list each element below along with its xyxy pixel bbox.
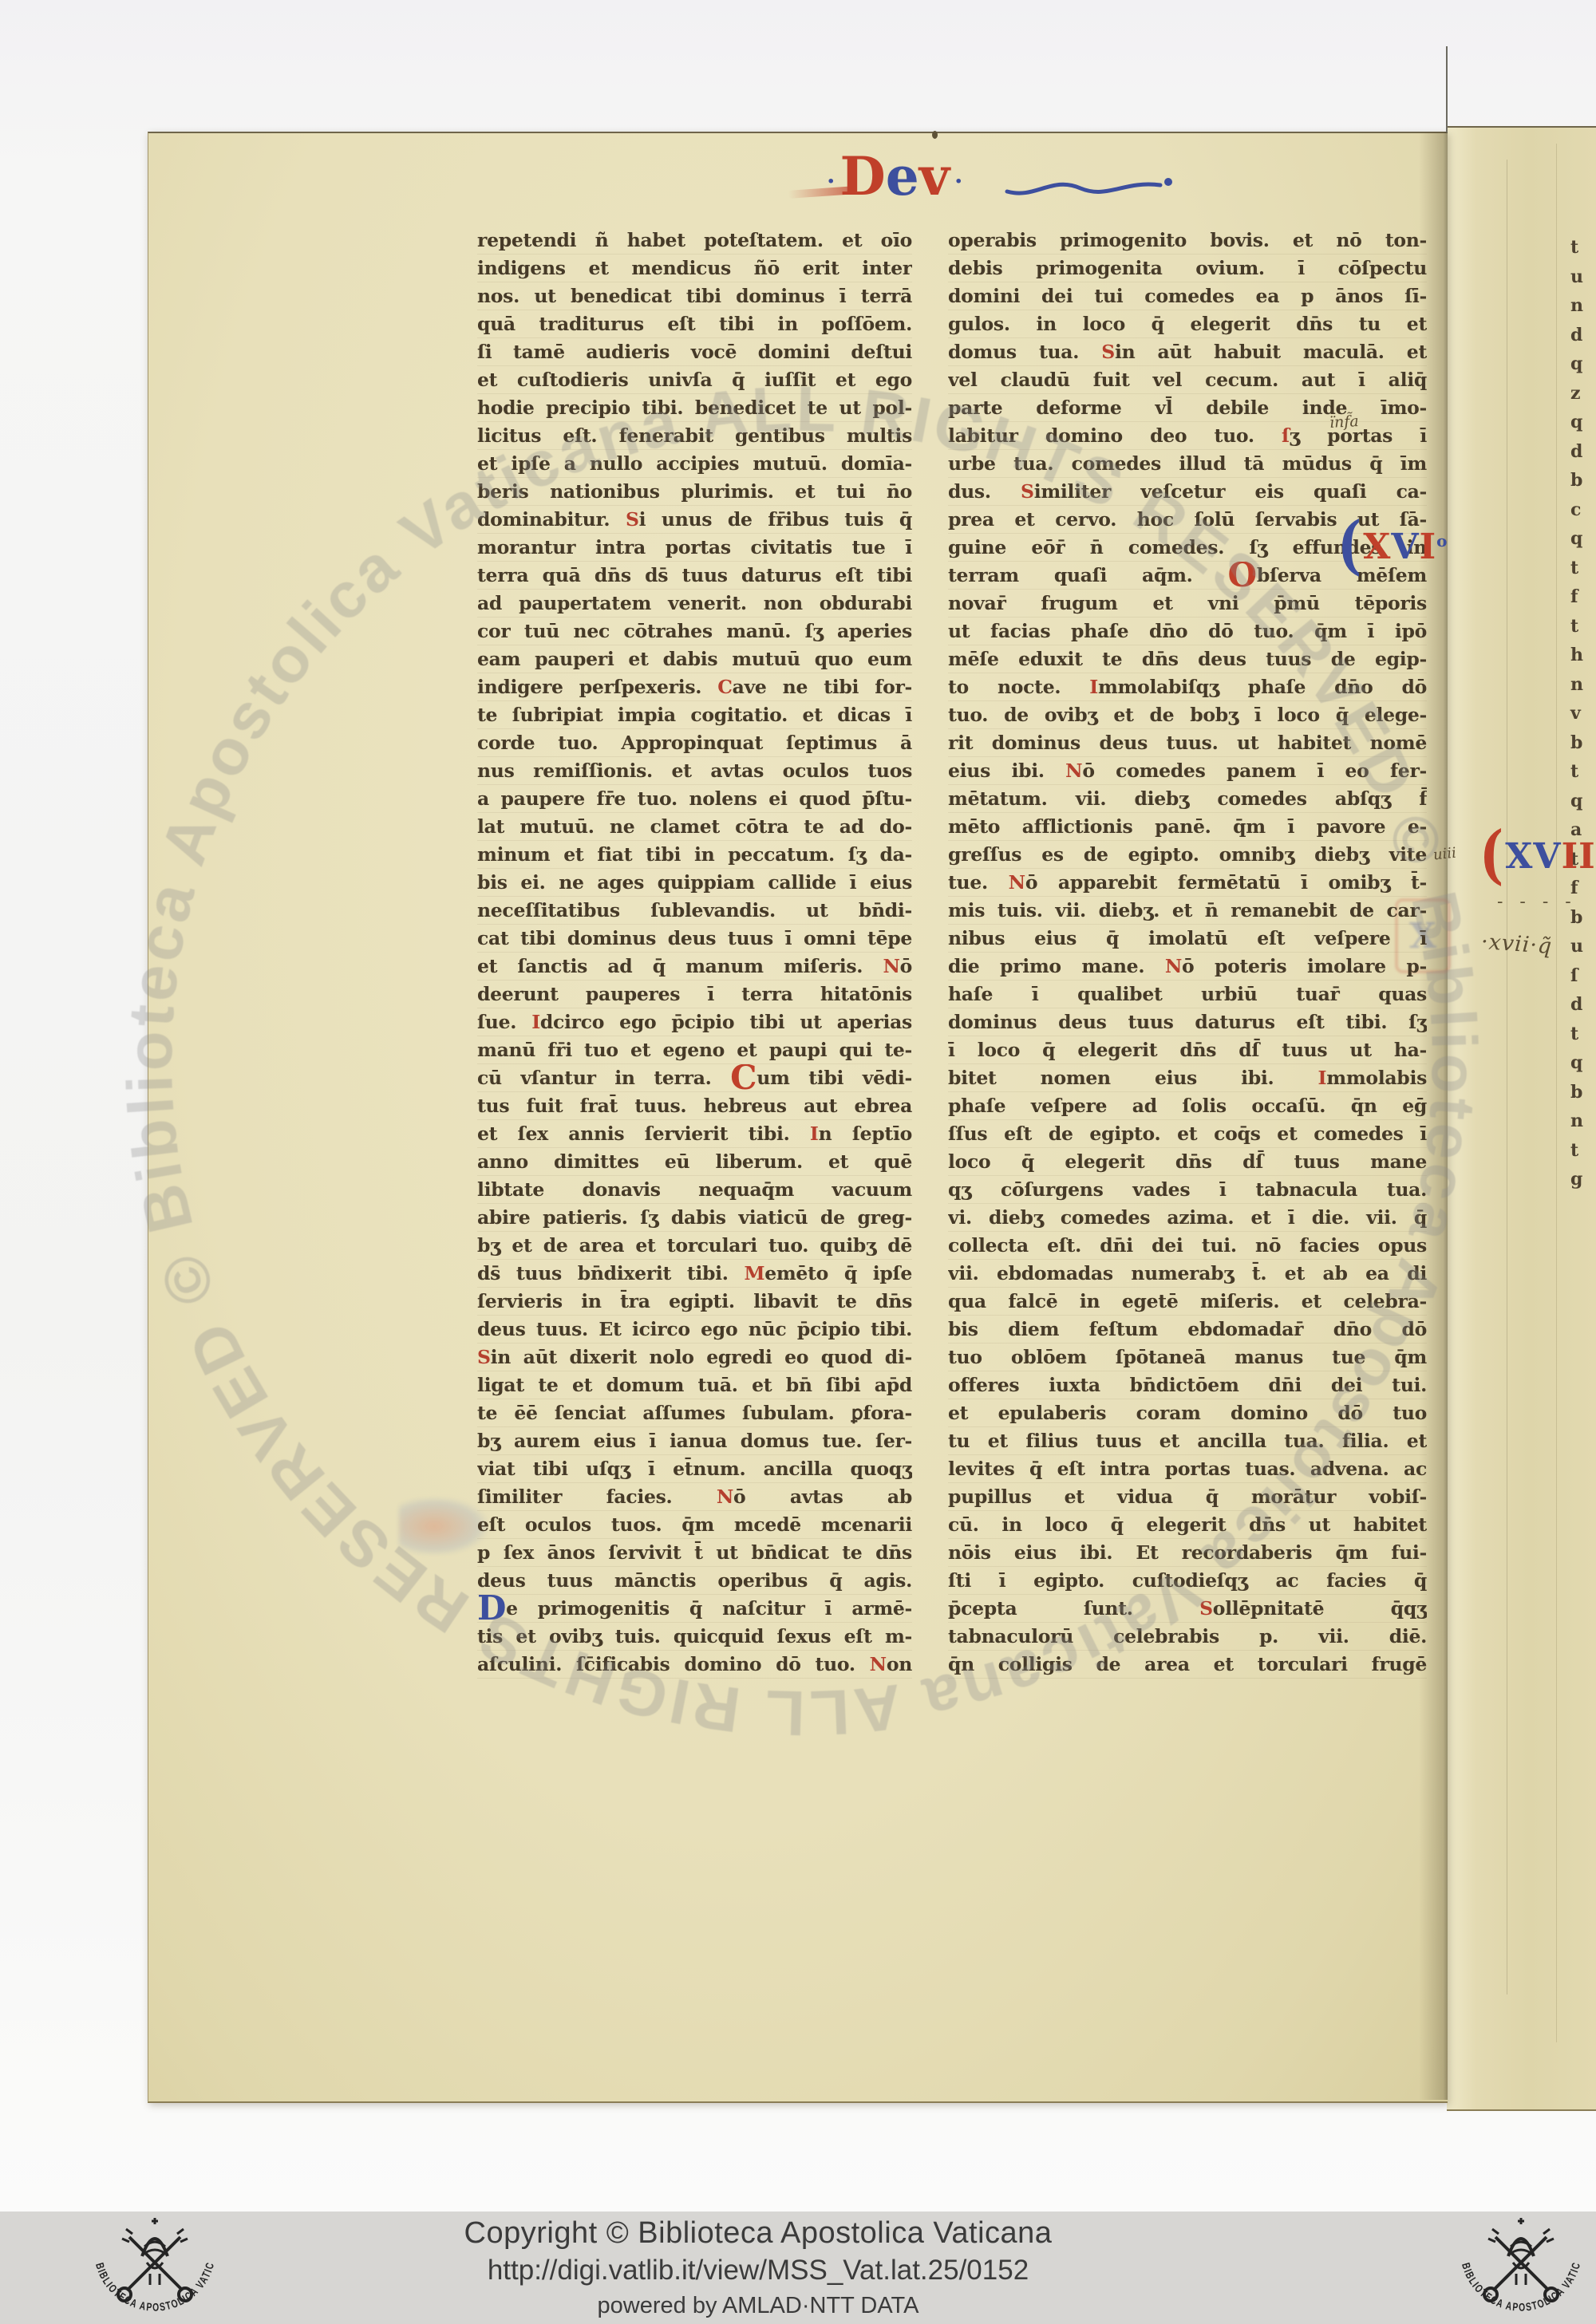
- header-right-dot: ·: [954, 168, 962, 195]
- rubricated-initial: N: [1009, 871, 1025, 894]
- manuscript-line: cū vſantur in terra. Cum tibi vēdi-: [477, 1064, 912, 1092]
- manuscript-line: ut facias phaſe dn̄o dō tuo. q̄m ī ipō: [948, 617, 1427, 645]
- foredge-letter: v: [1570, 699, 1596, 728]
- paraph-bracket: (: [1479, 818, 1503, 893]
- rubricated-initial: C: [717, 676, 732, 698]
- key-icon: [1495, 2237, 1549, 2290]
- rubricated-initial: S: [1101, 341, 1115, 363]
- numeral-flourish-o: o: [1436, 531, 1447, 550]
- key-icon: [1493, 2237, 1547, 2290]
- foredge-letter: z: [1570, 379, 1596, 408]
- footer-powered-by: powered by AMLAD·NTT DATA: [598, 2293, 919, 2319]
- rubricated-initial: N: [870, 1653, 887, 1675]
- rubricated-initial: S: [1199, 1597, 1213, 1620]
- chapter-numeral-letter: X: [1363, 527, 1391, 567]
- foredge-letter: u: [1570, 932, 1596, 961]
- manuscript-line: et ipſe a nullo accipies mutuū. domīa-: [477, 450, 912, 478]
- manuscript-line: bis diem feſtum ebdomadar̄ dn̄o dō: [948, 1316, 1427, 1344]
- manuscript-line: viat tibi uſqʒ ī et̄num. ancilla quoqʒ: [477, 1455, 912, 1483]
- manuscript-line: eſt oculos tuos. q̄m mcedē mcenarii: [477, 1511, 912, 1539]
- manuscript-line: manū fr̄i tuo et egeno et paupi qui te-: [477, 1036, 912, 1064]
- manuscript-line: operabis primogenito bovis. et nō ton-: [948, 227, 1427, 254]
- manuscript-line: haſe ī qualibet urbiū tuar̄ quas: [948, 980, 1427, 1008]
- manuscript-line: q̄n colligis de area et torculari frugē: [948, 1651, 1427, 1679]
- scribal-dashes: ‐ ‐ ‐ ‐: [1497, 892, 1577, 912]
- manuscript-line: De primogenitis q̄ naſcitur ī armē-: [477, 1595, 912, 1623]
- manuscript-line: nibus eius q̄ imolatū eſt veſpere ī: [948, 925, 1427, 953]
- chapter-numeral-xvii: ( XVIIo: [1479, 827, 1596, 886]
- rubricated-initial: I: [531, 1011, 540, 1033]
- chapter-numeral-letter: V: [1533, 836, 1561, 877]
- manuscript-line: dus. Similiter veſcetur eis quaſi ca-: [948, 478, 1427, 506]
- manuscript-line: domus tua. Sin aūt habuit maculā. et: [948, 338, 1427, 366]
- manuscript-line: mēto afflictionis panē. q̄m ī pavore e-: [948, 813, 1427, 841]
- manuscript-line: libtate donavis nequaq̄m vacuum: [477, 1176, 912, 1204]
- manuscript-line: eam pauperi et dabis mutuū quo eum: [477, 645, 912, 673]
- manuscript-line: novar̄ frugum et vni p̄mū tēporis: [948, 590, 1427, 617]
- manuscript-line: licitus eſt. fenerabit gentibus multis: [477, 422, 912, 450]
- manuscript-line: ligat te et domum tuā. et bn̄ ſibi ap̄d: [477, 1371, 912, 1399]
- ink-dot: [932, 131, 938, 139]
- header-blue-flourish: [1004, 164, 1187, 212]
- manuscript-line: morantur intra portas civitatis tue ī: [477, 534, 912, 562]
- footer-url: http://digi.vatlib.it/view/MSS_Vat.lat.2…: [488, 2255, 1029, 2287]
- foredge-letter: d: [1570, 990, 1596, 1020]
- manuscript-line: tue. Nō apparebit fermētatū ī omibʒ t̄-: [948, 869, 1427, 897]
- foredge-letter: h: [1570, 641, 1596, 670]
- manuscript-line: te ēē ſenciat aſſumes ſubulam. ꝑfora-: [477, 1399, 912, 1427]
- manuscript-line: cū. in loco q̄ elegerit dn̄s ut habitet: [948, 1511, 1427, 1539]
- foredge-letter: u: [1570, 262, 1596, 292]
- manuscript-line: ī loco q̄ elegerit dn̄s dſ̄ tuus ut ha-: [948, 1036, 1427, 1064]
- manuscript-line: a paupere fr̄e tuo. nolens ei quod p̄ſtu…: [477, 785, 912, 813]
- manuscript-line: mis tuis. vii. diebʒ. et n̄ remanebit de…: [948, 897, 1427, 925]
- header-letter: v: [919, 145, 950, 207]
- manuscript-line: et cuſtodieris univſa q̄ iuſſit et ego: [477, 366, 912, 394]
- manuscript-line: debis primogenita ovium. ī cōſpectu: [948, 254, 1427, 282]
- key-icon: [129, 2237, 183, 2290]
- manuscript-line: mētatum. vii. diebʒ comedes abſqʒ f̄: [948, 785, 1427, 813]
- foredge-letter: c: [1570, 495, 1596, 525]
- rubricated-initial: I: [1318, 1067, 1327, 1089]
- foredge-letter: g: [1570, 1165, 1596, 1194]
- foredge-letter: n: [1570, 291, 1596, 321]
- foredge-letter: t: [1570, 554, 1596, 583]
- manuscript-line: tus fuit frat̄ tuus. hebreus aut ebrea: [477, 1092, 912, 1120]
- foredge-letter: t: [1570, 233, 1596, 262]
- foredge-letter: n: [1570, 1107, 1596, 1136]
- manuscript-line: abire patieris. ſʒ dabis viaticū de greg…: [477, 1204, 912, 1232]
- foredge-letter: b: [1570, 728, 1596, 758]
- manuscript-line: vi. diebʒ comedes azima. et ī die. vii. …: [948, 1204, 1427, 1232]
- manuscript-line: urbe tua. comedes illud tā mūdus q̄ īm: [948, 450, 1427, 478]
- manuscript-line: gulos. in loco q̄ elegerit dn̄s tu et: [948, 310, 1427, 338]
- rubricated-initial: I: [810, 1123, 819, 1145]
- manuscript-line: greſſus es de egipto. omnibʒ diebʒ vite: [948, 841, 1427, 869]
- rubricated-initial: N: [1165, 955, 1182, 977]
- manuscript-line: hodie precipio tibi. benedicet te ut pol…: [477, 394, 912, 422]
- foredge-letter: d: [1570, 321, 1596, 350]
- facing-folio-crease: [1556, 144, 1557, 2042]
- manuscript-line: ds̄ tuus bn̄dixerit tibi. Memēto q̄ ipſe: [477, 1260, 912, 1288]
- manuscript-line: lat mutuū. ne clamet cōtra te ad do-: [477, 813, 912, 841]
- vatican-library-logo-right: BIBLIOTECA APOSTOLICA VATICANA: [1449, 2215, 1593, 2322]
- manuscript-line: mēſe eduxit te dn̄s deus tuus de egip-: [948, 645, 1427, 673]
- manuscript-line: bis ei. ne ages quippiam callide ī eius: [477, 869, 912, 897]
- rubricated-initial: S: [626, 508, 639, 531]
- manuscript-line: tu et filius tuus et ancilla tua. filia.…: [948, 1427, 1427, 1455]
- rubricated-initial: S: [1021, 480, 1034, 503]
- manuscript-line: aſculini. ſc̄ificabis domino dō tuo. Non: [477, 1651, 912, 1679]
- foredge-letter: b: [1570, 1078, 1596, 1107]
- key-icon: [127, 2237, 180, 2290]
- manuscript-line: tabnaculorū celebrabis p. vii. diē.: [948, 1623, 1427, 1651]
- manuscript-line: dominus deus tuus daturus eſt tibi. ſʒ: [948, 1008, 1427, 1036]
- margin-note-xvii: ·xvii·q̃: [1480, 929, 1553, 959]
- foredge-letter: q: [1570, 787, 1596, 816]
- running-header-dev: · Dev·: [822, 145, 968, 207]
- chapter-numeral-letter: I: [1420, 527, 1437, 567]
- manuscript-line: domini dei tui comedes ea p ānos ſī-: [948, 282, 1427, 310]
- manuscript-line: p̄cepta ſunt. Sollēpnitatē q̄qʒ: [948, 1595, 1427, 1623]
- manuscript-line: qua falcē in egetē miſeris. et celebra-: [948, 1288, 1427, 1316]
- manuscript-line: te ſubripiat impia cogitatio. et dicas ī: [477, 701, 912, 729]
- foredge-letter: t: [1570, 757, 1596, 787]
- rubricated-initial: ſ: [1282, 424, 1290, 447]
- manuscript-line: indigens et mendicus ñō erit inter: [477, 254, 912, 282]
- header-letter: D: [839, 145, 885, 207]
- manuscript-line: ſue. Idcirco ego p̄cipio tibi ut aperias: [477, 1008, 912, 1036]
- foredge-letter: q: [1570, 349, 1596, 379]
- manuscript-line: nus remiſſionis. et avtas oculos tuos: [477, 757, 912, 785]
- manuscript-line: collecta eſt. dn̄i dei tui. nō facies op…: [948, 1232, 1427, 1260]
- foredge-letter: t: [1570, 1020, 1596, 1049]
- manuscript-line: bʒ et de area et torculari tuo. quibʒ dē: [477, 1232, 912, 1260]
- rubricated-initial: O: [1228, 562, 1257, 590]
- rubricated-initial: D: [477, 1595, 506, 1623]
- foredge-letter: n: [1570, 670, 1596, 700]
- manuscript-line: ſi tamē audieris vocē domini deſtui: [477, 338, 912, 366]
- manuscript-line: vel claudū fuit vel cecum. aut ī aliq̄: [948, 366, 1427, 394]
- manuscript-line: to nocte. Immolabiſqʒ phaſe dn̄o dō: [948, 673, 1427, 701]
- manuscript-line: repetendi ñ habet poteſtatem. et oīo: [477, 227, 912, 254]
- manuscript-line: anno dimittes eū liberum. et quē: [477, 1148, 912, 1176]
- margin-note-uiii: uiii: [1432, 845, 1457, 864]
- manuscript-line: loco q̄ elegerit dn̄s dſ̄ tuus mane: [948, 1148, 1427, 1176]
- foredge-letter: t: [1570, 612, 1596, 641]
- rubricated-initial: N: [1065, 760, 1082, 782]
- manuscript-line: qʒ cōſurgens vades ī tabnacula tua.: [948, 1176, 1427, 1204]
- foredge-letter: f: [1570, 582, 1596, 612]
- rubricated-initial: S: [477, 1346, 491, 1368]
- footer-credits: Copyright © Biblioteca Apostolica Vatica…: [239, 2212, 1277, 2324]
- margin-gloss-infra: ïnf̃a: [1329, 412, 1359, 432]
- foredge-letter: b: [1570, 466, 1596, 495]
- paraph-bracket: (: [1337, 508, 1361, 583]
- manuscript-line: offeres iuxta bn̄dictōem dn̄i dei tui.: [948, 1371, 1427, 1399]
- chapter-numeral-letter: I: [1578, 836, 1596, 877]
- manuscript-line: deus tuus. Et icirco ego nūc p̄cipio tib…: [477, 1316, 912, 1344]
- text-column-left: repetendi ñ habet poteſtatem. et oīoindi…: [477, 227, 912, 1679]
- manuscript-line: deus tuus mānctis operibus q̄ agis.: [477, 1567, 912, 1595]
- chapter-numeral-xvi: ( XVIo: [1337, 517, 1448, 577]
- foredge-letter: t: [1570, 1136, 1596, 1166]
- manuscript-line: cor tuū nec cōtrahes manū. ſʒ aperies: [477, 617, 912, 645]
- binding-crease-line: [1446, 46, 1448, 132]
- header-left-dot: ·: [827, 168, 835, 195]
- chapter-numeral-letter: V: [1391, 527, 1419, 567]
- foredge-letter: ſ: [1570, 961, 1596, 991]
- rubricated-initial: N: [717, 1486, 733, 1508]
- manuscript-line: Sin aūt dixerit nolo egredi eo quod di-: [477, 1344, 912, 1371]
- svg-text:BIBLIOTECA APOSTOLICA VATICANA: BIBLIOTECA APOSTOLICA VATICANA: [83, 2215, 216, 2314]
- facing-folio-crease: [1507, 160, 1507, 1995]
- manuscript-line: phaſe veſpere ad ſolis occaſū. q̄n eḡ: [948, 1092, 1427, 1120]
- svg-text:BIBLIOTECA APOSTOLICA VATICANA: BIBLIOTECA APOSTOLICA VATICANA: [1449, 2215, 1582, 2314]
- manuscript-line: pupillus et vidua q̄ morātur vobiſ-: [948, 1483, 1427, 1511]
- manuscript-line: die primo mane. Nō poteris imolare p-: [948, 953, 1427, 980]
- rubricated-initial: N: [883, 955, 899, 977]
- foredge-letter: q: [1570, 408, 1596, 437]
- manuscript-line: eius ibi. Nō comedes panem ī eo fer-: [948, 757, 1427, 785]
- manuscript-line: et ſex annis ſervierit tibi. In ſeptīo: [477, 1120, 912, 1148]
- rubricated-initial: C: [730, 1064, 757, 1092]
- header-letter: e: [886, 145, 919, 207]
- manuscript-line: et epulaberis coram domino dō tuo: [948, 1399, 1427, 1427]
- manuscript-line: nōis eius ibi. Et recordaberis q̄m fui-: [948, 1539, 1427, 1567]
- manuscript-line: neceſſitatibus ſublevandis. ut bn̄di-: [477, 897, 912, 925]
- manuscript-line: rit dominus deus tuus. ut habitet nomē: [948, 729, 1427, 757]
- manuscript-line: p ſex ānos ſervivit t̄ ut bn̄dicat te dn…: [477, 1539, 912, 1567]
- manuscript-line: ſti ī egipto. cuſtodieſqʒ ac facies q̄: [948, 1567, 1427, 1595]
- vatican-library-logo-left: BIBLIOTECA APOSTOLICA VATICANA: [83, 2215, 227, 2322]
- manuscript-line: ſervieris in t̄ra egipti. libavit te dn̄…: [477, 1288, 912, 1316]
- manuscript-line: ſimiliter facies. Nō avtas ab: [477, 1483, 912, 1511]
- foredge-letter: q: [1570, 524, 1596, 554]
- manuscript-line: tis et ovibʒ tuis. quicquid ſexus eſt m-: [477, 1623, 912, 1651]
- chapter-numeral-letter: I: [1562, 836, 1579, 877]
- manuscript-line: bitet nomen eius ibi. Immolabis: [948, 1064, 1427, 1092]
- manuscript-line: vii. ebdomadas numerabʒ t̄. et ab ea di: [948, 1260, 1427, 1288]
- manuscript-line: tuo. de ovibʒ et de bobʒ ī loco q̄ elege…: [948, 701, 1427, 729]
- chapter-numeral-letter: X: [1505, 836, 1533, 877]
- manuscript-line: quā traditurus eſt tibi in poſſōem.: [477, 310, 912, 338]
- manuscript-line: tuo oblōem ſpōtaneā manus tue q̄m: [948, 1344, 1427, 1371]
- manuscript-line: ſſus eſt de egipto. et coq̄s et comedes …: [948, 1120, 1427, 1148]
- manuscript-line: dominabitur. Si unus de fr̄ibus tuis q̄: [477, 506, 912, 534]
- rubricated-initial: M: [745, 1262, 765, 1284]
- manuscript-line: minum et fiat tibi in peccatum. ſʒ da-: [477, 841, 912, 869]
- foredge-letter: q: [1570, 1048, 1596, 1078]
- faded-paraph-smudge: [399, 1498, 487, 1554]
- manuscript-line: indigere perſpexeris. Cave ne tibi for-: [477, 673, 912, 701]
- foredge-letter-fragments: tundqzqdbcqtfthnvbtqatfbuſdtqbntg: [1570, 233, 1596, 1194]
- manuscript-line: nos. ut benedicat tibi dominus ī terrā: [477, 282, 912, 310]
- text-column-right: operabis primogenito bovis. et nō ton-de…: [948, 227, 1427, 1679]
- rubricated-initial: I: [1089, 676, 1098, 698]
- manuscript-line: cat tibi dominus deus tuus ī omni tēpe: [477, 925, 912, 953]
- manuscript-line: levites q̄ eſt intra portas tuas. advena…: [948, 1455, 1427, 1483]
- manuscript-line: terra quā dn̄s ds̄ tuus daturus eſt tibi: [477, 562, 912, 590]
- manuscript-line: corde tuo. Appropinquat ſeptimus ā: [477, 729, 912, 757]
- manuscript-line: ad paupertatem venerit. non obdurabi: [477, 590, 912, 617]
- foredge-letter: d: [1570, 437, 1596, 467]
- manuscript-line: deerunt pauperes ī terra hitatōnis: [477, 980, 912, 1008]
- manuscript-line: beris nationibus plurimis. et tui n̄o: [477, 478, 912, 506]
- manuscript-line: bʒ aurem eius ī ianua domus tue. ſer-: [477, 1427, 912, 1455]
- manuscript-line: et ſanctis ad q̄ manum miſeris. Nō: [477, 953, 912, 980]
- footer-copyright: Copyright © Biblioteca Apostolica Vatica…: [464, 2216, 1053, 2251]
